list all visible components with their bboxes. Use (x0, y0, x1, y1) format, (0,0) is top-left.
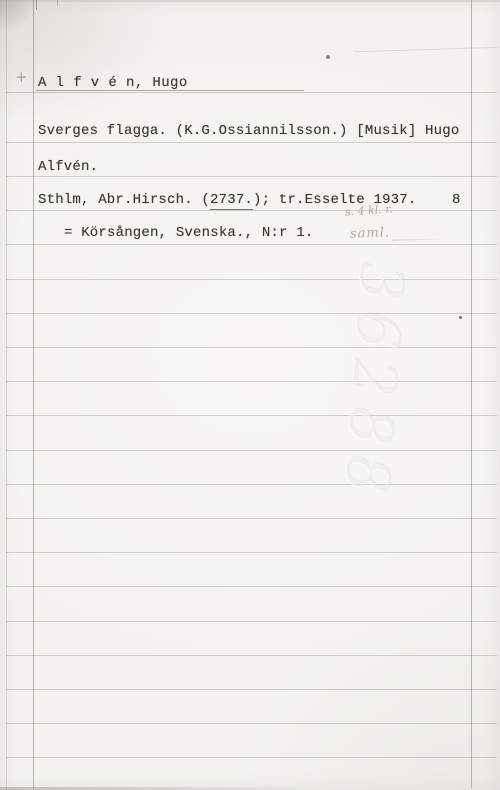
top-tick-mark (36, 0, 37, 10)
ink-speck (326, 55, 330, 59)
ruled-line (6, 313, 497, 314)
pencil-flourish (392, 238, 448, 240)
catalog-card: + A l f v é n, Hugo Sverges flagga. (K.G… (0, 0, 500, 790)
ruled-line (6, 757, 497, 758)
corner-smudge (0, 0, 34, 30)
ruled-line (6, 142, 497, 143)
ruled-line (6, 586, 497, 587)
ruled-line (6, 415, 497, 416)
ruled-line (6, 244, 497, 245)
ruled-line (6, 450, 497, 451)
card-top-edge (0, 0, 500, 2)
title-line: Sverges flagga. (K.G.Ossiannilsson.) [Mu… (38, 123, 459, 139)
card-left-edge (6, 0, 7, 790)
title-line: Alfvén. (38, 159, 98, 175)
right-margin-rule (471, 0, 472, 788)
plate-number: 2737. (210, 192, 253, 210)
ruled-line (6, 381, 497, 382)
ruled-line (6, 347, 497, 348)
faint-scratch-line (355, 47, 499, 53)
ruled-line (6, 552, 497, 553)
series-line: = Körsången, Svenska., N:r 1. (64, 225, 313, 241)
top-tick-mark (57, 0, 58, 6)
ruled-line (6, 279, 497, 280)
ruled-line (6, 518, 497, 519)
ruled-line (6, 689, 497, 690)
ruled-line (6, 723, 497, 724)
ruled-line (6, 655, 497, 656)
ruled-line (6, 210, 497, 211)
pencil-annotation: saml. (350, 225, 391, 241)
heading-underline (36, 90, 304, 91)
ruled-line (6, 92, 497, 93)
imprint-prefix: Sthlm, Abr.Hirsch. ( (38, 192, 210, 208)
extent-pages: 8 (452, 192, 461, 208)
ruled-line (6, 176, 497, 177)
embossed-watermark: 36288 (325, 260, 416, 574)
ruled-line (6, 484, 497, 485)
heading-author: A l f v é n, Hugo (38, 75, 188, 91)
left-margin-rule (33, 0, 34, 788)
ink-speck (459, 316, 462, 319)
pencil-annotation: s. 4 kl. r. (345, 202, 394, 218)
ruled-line (6, 621, 497, 622)
margin-plus-mark: + (15, 68, 28, 86)
